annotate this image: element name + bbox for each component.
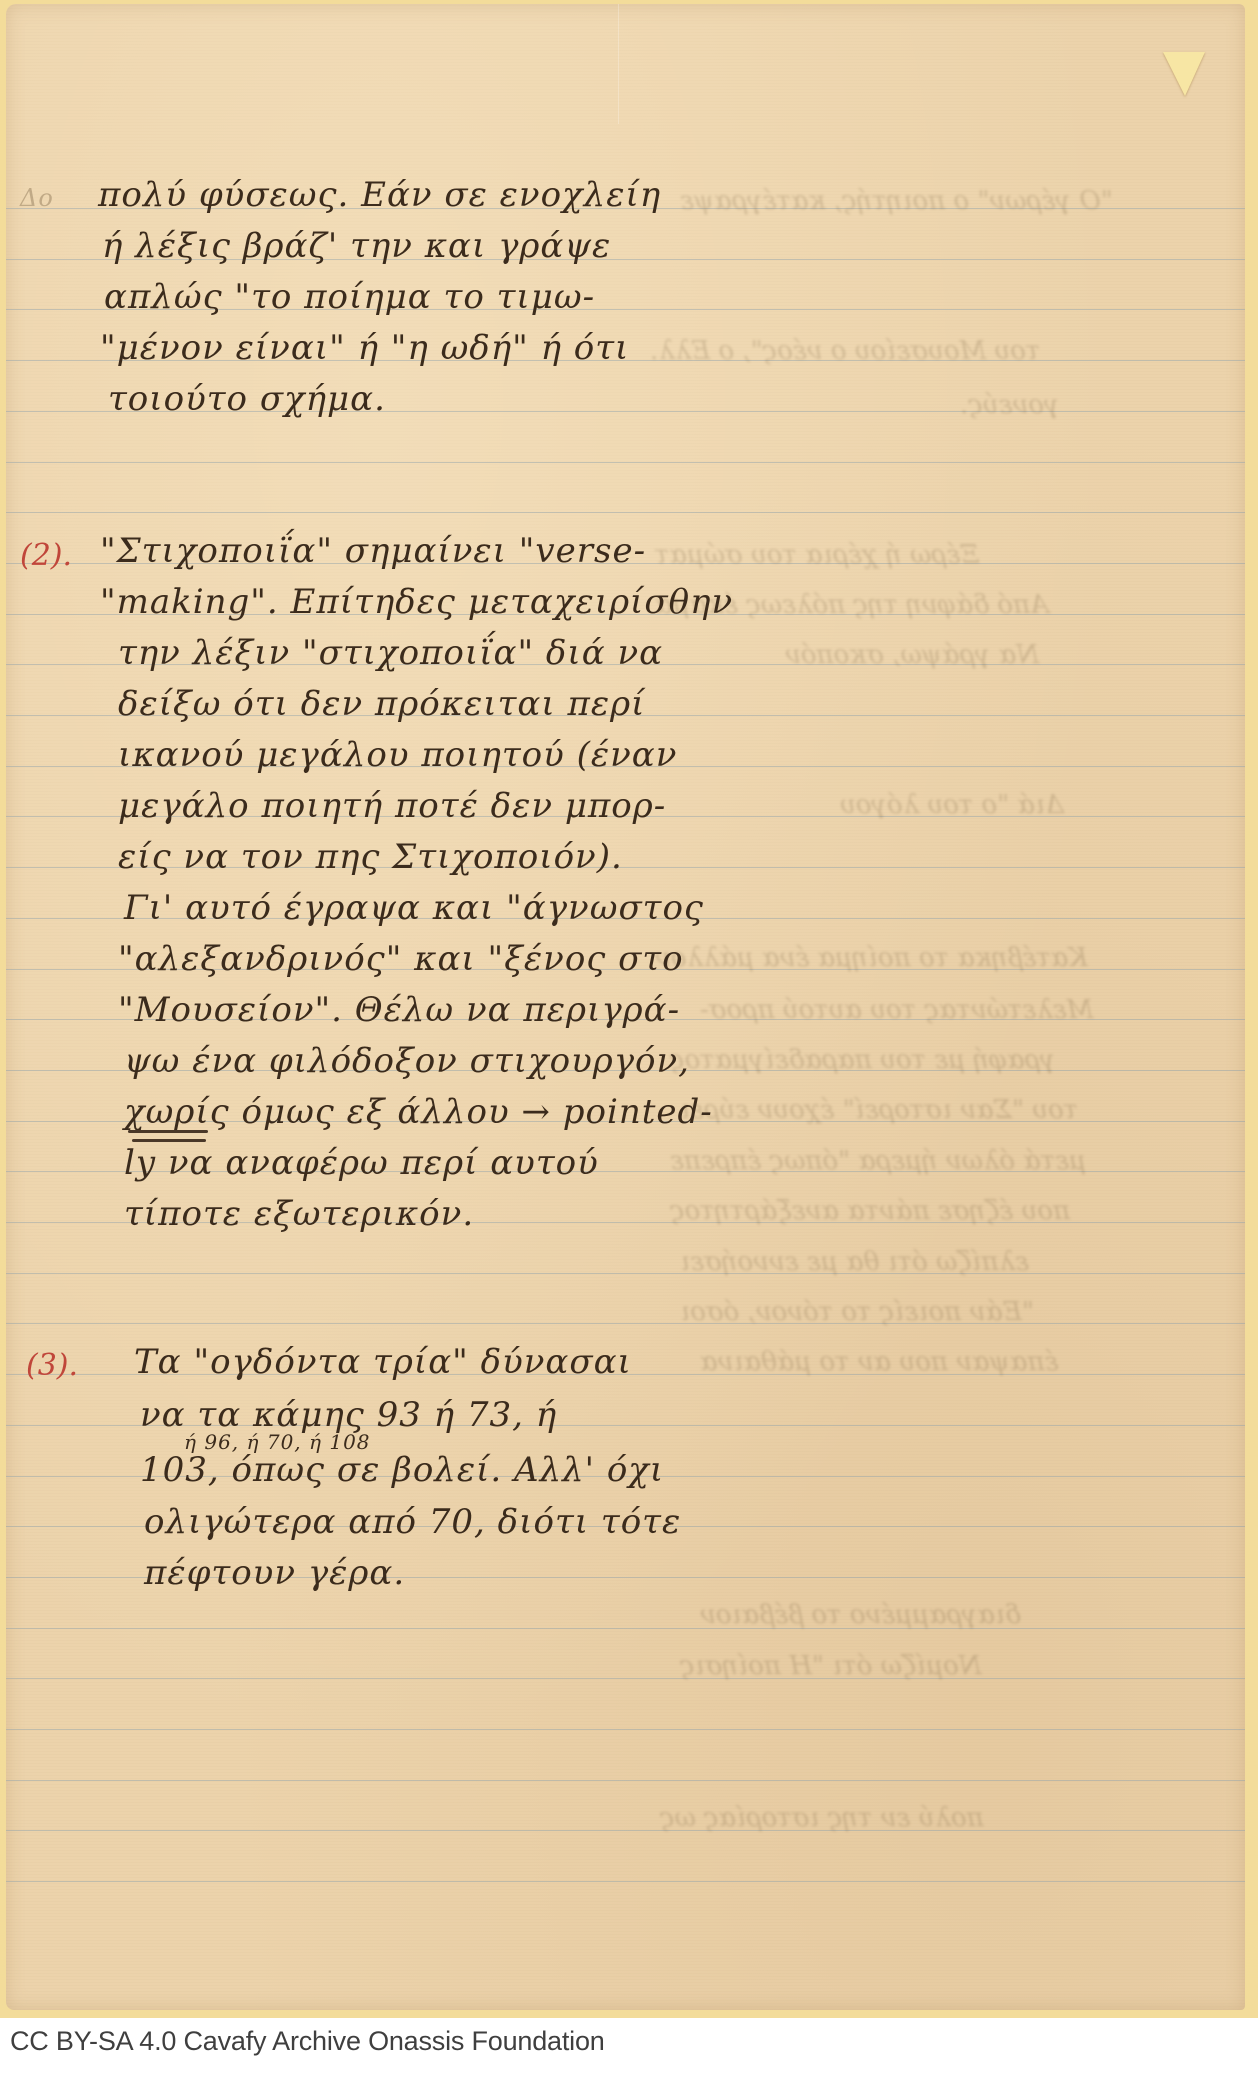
bleed-line: Διά "ο του λόγου [840, 790, 1064, 820]
manuscript-line: να τα κάμης 93 ή 73, ή [140, 1398, 557, 1432]
manuscript-line: ly να αναφέρω περί αυτού [124, 1146, 599, 1180]
bleed-line: πολύ εν της ιστορίας ως [660, 1803, 984, 1833]
manuscript-line: "αλεξανδρινός" και "ξένος στο [118, 942, 684, 976]
bleed-line: έπαψαν που αν το μάθαινα [700, 1347, 1059, 1377]
bleed-line: γραφή με του παραδείγματος [670, 1045, 1056, 1075]
fold-line [618, 4, 619, 124]
manuscript-line: ικανού μεγάλου ποιητού (έναν [118, 738, 677, 772]
margin-faint-text: Δο [20, 186, 54, 210]
manuscript-line: "Μουσείον". Θέλω να περιγρά- [118, 993, 680, 1027]
bleed-line: που έζησε πάντα ανεξάρτητος [670, 1196, 1070, 1226]
bleed-line: Μελετώντας του αυτού προσ- [700, 995, 1093, 1025]
bleed-line: Κατέβηκα το ποίημα ένα μάλλον [655, 943, 1088, 973]
manuscript-line: "μένον είναι" ή "η ωδή" ή ότι [100, 331, 629, 365]
torn-corner-mark [1163, 52, 1205, 96]
manuscript-line: 103, όπως σε βολεί. Αλλ' όχι [140, 1453, 664, 1487]
manuscript-line: τίποτε εξωτερικόν. [124, 1197, 474, 1231]
manuscript-line: δείξω ότι δεν πρόκειται περί [118, 687, 645, 721]
bleed-line: του "Σαν ιστορεί" έχουν εύρει [680, 1095, 1078, 1125]
interlinear-insertion: ή 96, ή 70, ή 108 [184, 1432, 371, 1452]
bleed-line: "Ο γέρων" ο ποιητής, κατέγραψε [680, 186, 1113, 216]
license-caption: CC BY-SA 4.0 Cavafy Archive Onassis Foun… [10, 2026, 605, 2057]
manuscript-line: πολύ φύσεως. Εάν σε ενοχλείη [98, 178, 661, 212]
manuscript-line: μεγάλο ποιητή ποτέ δεν μπορ- [118, 789, 666, 823]
manuscript-line: ολιγώτερα από 70, διότι τότε [144, 1505, 681, 1539]
bleed-line: Να γράψω, σκοπόν [785, 640, 1039, 670]
bleed-line: ελπίζω ότι θα με εννοήσει [680, 1247, 1029, 1277]
underline-mark [128, 1130, 208, 1133]
marker-label: (2). [20, 538, 72, 573]
manuscript-line: "Στιχοποιΐα" σημαίνει "verse- [100, 534, 646, 568]
bleed-line: του Μουσείου ο νέος", ο Ελλ. [650, 336, 1040, 366]
manuscript-line: χωρίς όμως εξ άλλου → pointed- [124, 1095, 713, 1129]
manuscript-line: απλώς "το ποίημα το τιμω- [104, 280, 595, 314]
bleed-line: γονεύς. [960, 390, 1060, 420]
manuscript-line: πέφτουν γέρα. [144, 1556, 405, 1590]
manuscript-line: Τα "ογδόντα τρία" δύνασαι [134, 1345, 632, 1379]
manuscript-line: ή λέξις βράζ' την και γράψε [102, 229, 611, 263]
manuscript-line: "making". Επίτηδες μεταχειρίσθην [100, 585, 733, 619]
marker-label: (3). [26, 1348, 78, 1383]
manuscript-line: τοιούτο σχήμα. [108, 382, 386, 416]
bleed-line: Νομίζω ότι "Η ποίησις [680, 1651, 981, 1681]
section-marker-3: (3). [26, 1348, 78, 1383]
bleed-line: διαγραμμένο το βέβαιον [700, 1600, 1021, 1630]
manuscript-line: ψω ένα φιλόδοξον στιχουργόν, [124, 1044, 690, 1078]
section-marker-2: (2). [20, 538, 72, 573]
manuscript-line: είς να τον πης Στιχοποιόν). [118, 840, 623, 874]
bleed-line: μετά όλων ήμερα "όπως έπρεπε [670, 1146, 1086, 1176]
bleed-line: Ξέρω ή χέρια του σώματ [655, 540, 979, 570]
bleed-line: "Εάν ποιείς το τόνον, όσοι [680, 1297, 1034, 1327]
manuscript-line: την λέξιν "στιχοποιΐα" διά να [118, 636, 663, 670]
underline-mark [132, 1139, 206, 1142]
manuscript-line: Γι' αυτό έγραψα και "άγνωστος [124, 891, 704, 925]
